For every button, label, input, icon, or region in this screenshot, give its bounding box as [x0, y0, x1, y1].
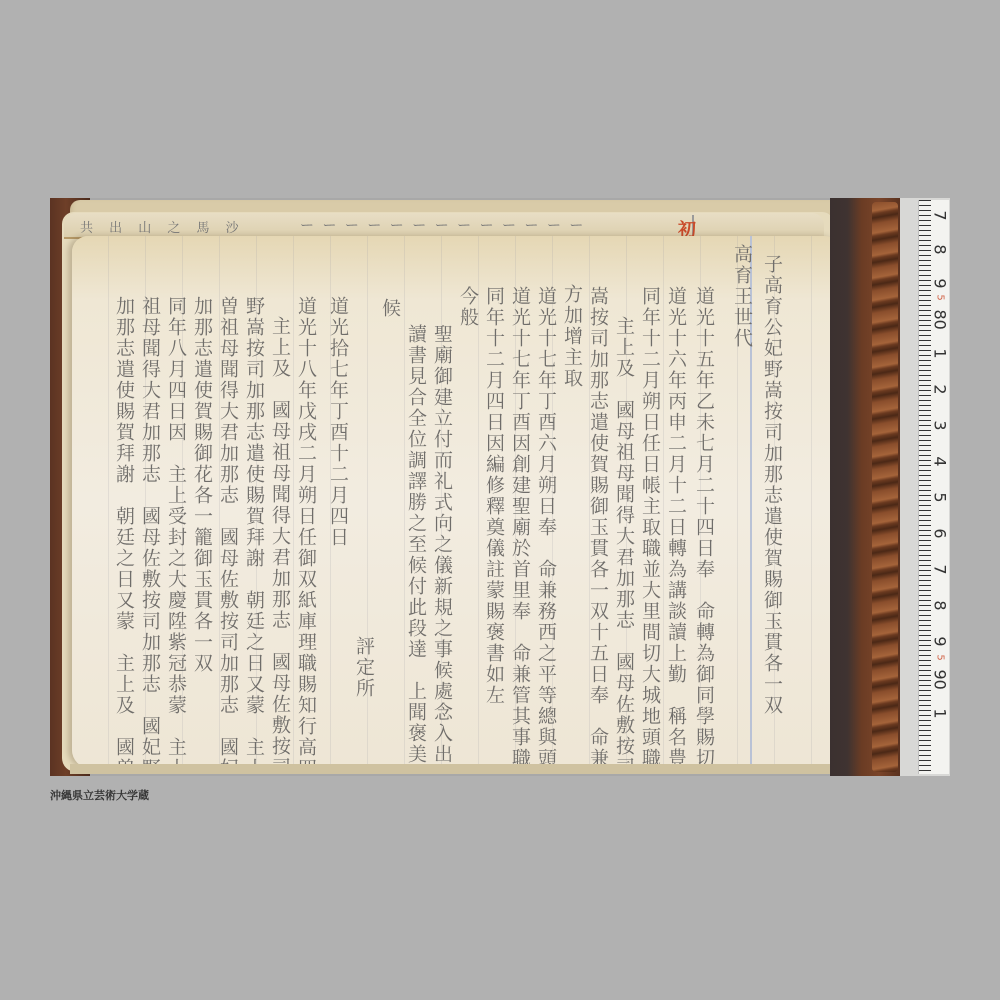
text-column: 主上及 國母祖母聞得大君加那志 國母佐敷按司加那志 國妃: [268, 316, 292, 768]
underlying-page-marks: ー ー ー ー ー ー ー ー ー ー ー ー ー: [300, 215, 585, 235]
ruler-label: 3: [931, 418, 950, 434]
ruler-label: 7: [931, 562, 950, 578]
ruler-ticks: [919, 200, 931, 774]
text-column: 道光十七年丁酉因創建聖廟於首里奉 命兼管其事職: [508, 286, 532, 768]
text-column: 道光十五年乙未七月二十四日奉 命轉為御同學賜切米十斛: [692, 286, 716, 768]
text-column: 子高育公妃野嵩按司加那志遣使賀賜御玉貫各一双: [760, 254, 784, 716]
text-column: 聖廟御建立付而礼式向之儀新規之事候處念入出精: [430, 324, 454, 768]
leather-lacing: [872, 202, 898, 772]
text-column: 祖母聞得大君加那志 國母佐敷按司加那志 國妃野嵩按司: [138, 296, 162, 768]
date-column: 道光拾七年丁酉十二月四日: [326, 296, 350, 548]
signature-column: 評定所: [352, 636, 376, 699]
text-column: 加那志遣使賜賀拜謝 朝廷之日又蒙 主上及 國曽祖母: [112, 296, 136, 768]
underlying-page-text: 共 出 山 之 馬 沙: [80, 217, 245, 236]
ruler-label: 9: [931, 634, 950, 650]
ruler-label: 1: [931, 706, 950, 722]
text-column: 道光十七年丁酉六月朔日奉 命兼務西之平等總與頭職: [534, 286, 558, 768]
text-column: 同年八月四日因 主上受封之大慶陞紫冠恭蒙 主上及 國曽: [164, 296, 188, 768]
ruler-label: 80: [931, 310, 950, 326]
text-column: 同年十二月四日因編修釋奠儀註蒙賜褒書如左: [482, 286, 506, 706]
text-column: 高育王世代: [730, 244, 754, 349]
ruler-label-half: 5: [935, 290, 946, 306]
collection-credit-caption: 沖縄県立芸術大学蔵: [50, 787, 149, 803]
text-column: 主上及 國母祖母聞得大君加那志 國母佐敷按司加那志 國妃野: [612, 316, 636, 768]
text-column: 同年十二月朔日任日帳主取職並大里間切大城地頭職謝 朝廷之日恭: [638, 286, 662, 768]
ruler-label: 8: [931, 598, 950, 614]
text-column: 候: [378, 298, 402, 319]
page-bottom-edge: [70, 764, 840, 774]
ruler-label: 6: [931, 526, 950, 542]
ruler-label: 2: [931, 382, 950, 398]
text-column: 讀書見合全位調譯勝之至候付此段達 上聞褒美被下: [404, 324, 428, 768]
ruler-label: 1: [931, 346, 950, 362]
measuring-ruler: 7 8 9 5 80 1 2 3 4 5 6 7 8 9 5 90 1: [918, 200, 949, 774]
text-column: 道光十六年丙申二月十二日轉為講談讀上勤 稱名豊平: [664, 286, 688, 768]
text-column: 加那志遣使賀賜御花各一籠御玉貫各一双: [190, 296, 214, 674]
text-column: 方加增主取: [560, 284, 584, 389]
text-column: 曽祖母聞得大君加那志 國母佐敷按司加那志 國妃野嵩按司: [216, 296, 240, 768]
text-column: 嵩按司加那志遣使賀賜御玉貫各一双十五日奉 命兼任冠船御用意: [586, 286, 610, 768]
ruler-label: 7: [931, 208, 950, 224]
text-column: 道光十八年戊戌二月朔日任御双紙庫理職賜知行高四十石恭蒙: [294, 296, 318, 768]
text-column: 野嵩按司加那志遣使賜賀拜謝 朝廷之日又蒙 主上及 國: [242, 296, 266, 768]
text-column: 今般: [456, 286, 480, 328]
manuscript-page: 子高育公妃野嵩按司加那志遣使賀賜御玉貫各一双 高育王世代 道光十五年乙未七月二十…: [72, 236, 842, 768]
ruler-label: 8: [931, 242, 950, 258]
manuscript-photograph: 共 出 山 之 馬 沙 ー ー ー ー ー ー ー ー ー ー ー ー ー 初 …: [50, 198, 950, 776]
ruler-label: 90: [931, 670, 950, 686]
ruler-label: 4: [931, 454, 950, 470]
ruler-label-half: 5: [935, 650, 946, 666]
ruler-label: 5: [931, 490, 950, 506]
